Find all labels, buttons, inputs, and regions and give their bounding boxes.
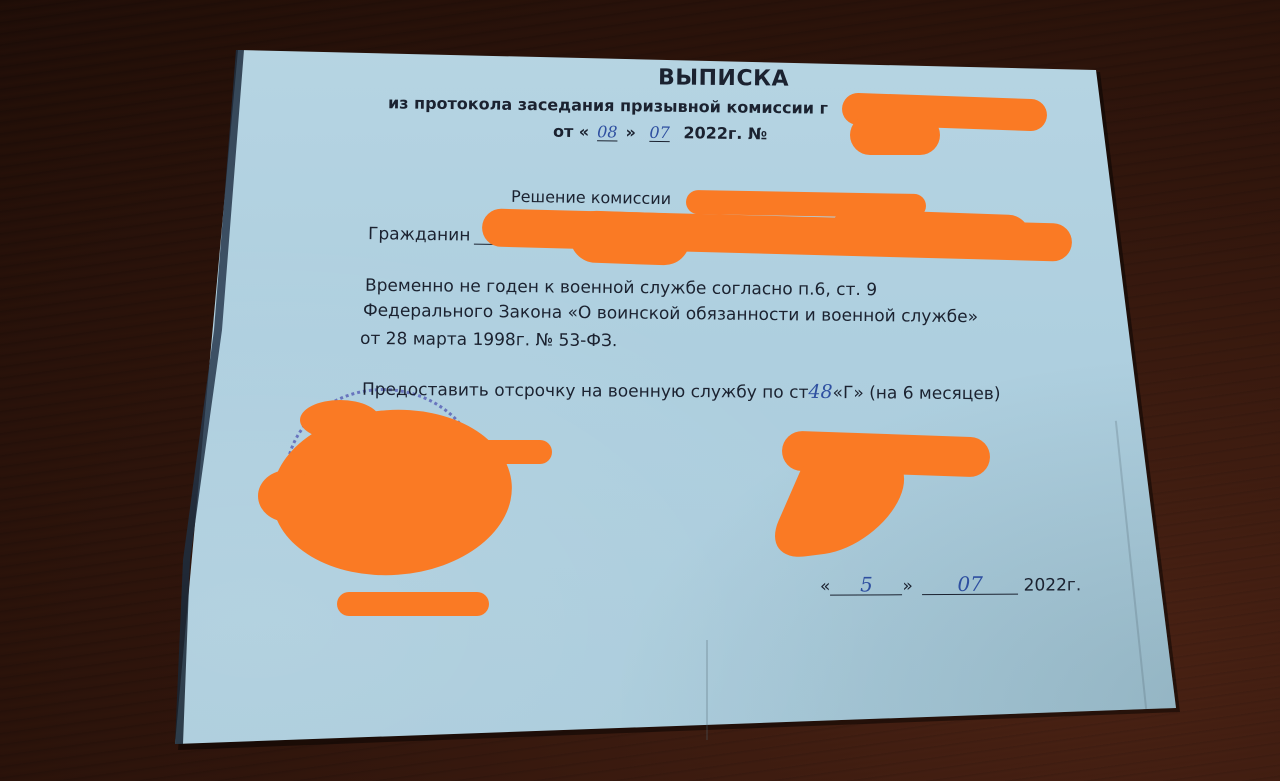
citizen-label: Гражданин: [368, 224, 471, 245]
signature-date: «5» 07 2022г.: [820, 573, 1081, 595]
sign-date-open: «: [820, 577, 831, 597]
body-line: Временно не годен к военной службе согла…: [365, 278, 877, 299]
paper-crease: [706, 640, 708, 740]
sign-year: 2022г.: [1024, 575, 1082, 595]
deferral-suffix: «Г» (на 6 месяцев): [833, 383, 1001, 404]
sign-day: 5: [830, 574, 902, 595]
protocol-month: 07: [641, 123, 678, 142]
redaction-number: [850, 115, 940, 155]
redaction-citizen-name: [829, 209, 1030, 260]
sign-month: 07: [922, 574, 1018, 596]
date-prefix: от «: [553, 122, 589, 141]
redaction-citizen-name: [569, 210, 691, 266]
deferral-article: 48: [808, 381, 832, 403]
redaction-stamp: [258, 470, 318, 522]
deferral-prefix: Предоставить отсрочку на военную службу …: [362, 380, 809, 403]
document-title: ВЫПИСКА: [658, 67, 789, 90]
redaction-stamp: [440, 440, 552, 464]
decision-label: Решение комиссии: [511, 189, 671, 207]
redaction-stamp: [300, 400, 380, 440]
protocol-day: 08: [589, 122, 626, 141]
deferral-line: Предоставить отсрочку на военную службу …: [362, 380, 1001, 403]
body-line: от 28 марта 1998г. № 53-ФЗ.: [360, 331, 617, 350]
protocol-year-number: 2022г. №: [683, 123, 767, 143]
protocol-date-line: от «08» 07 2022г. №: [553, 124, 767, 143]
date-mid: »: [625, 123, 636, 142]
sign-date-close: »: [902, 576, 913, 596]
redaction-official-name: [337, 592, 489, 616]
